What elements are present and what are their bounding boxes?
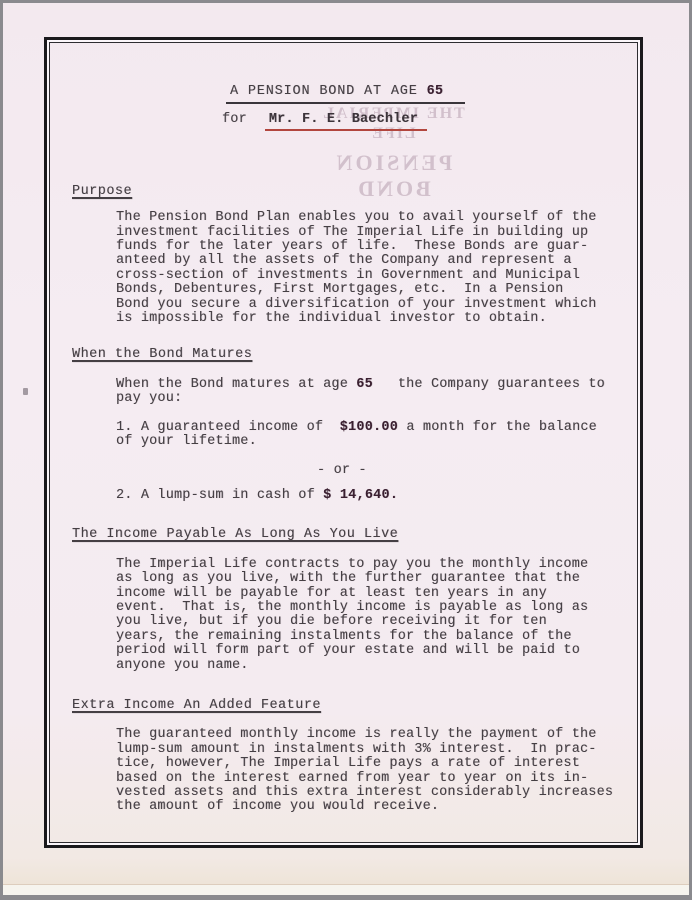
matures-intro-pre: When the Bond matures at age [116, 377, 356, 392]
decorative-frame-inner-rule: A PENSION BOND AT AGE 65 forMr. F. E. Ba… [49, 42, 638, 843]
scanned-document: THE IMPERIAL LIFE PENSION BOND A PENSION… [0, 0, 692, 900]
option-2-pre: 2. A lump-sum in cash of [116, 488, 323, 503]
section-heading-extra-income: Extra Income An Added Feature [72, 699, 637, 713]
paper-bottom-edge [3, 884, 689, 895]
section-heading-purpose: Purpose [72, 185, 637, 199]
document-page: THE IMPERIAL LIFE PENSION BOND A PENSION… [3, 3, 689, 884]
or-separator: - or - [317, 464, 637, 478]
option-1-paragraph: 1. A guaranteed income of $100.00 a mont… [116, 421, 621, 450]
extra-income-paragraph: The guaranteed monthly income is really … [116, 728, 621, 814]
title-text: A PENSION BOND AT AGE [230, 84, 427, 99]
scan-artifact [23, 388, 28, 395]
maturity-age-value: 65 [356, 377, 373, 392]
income-payable-paragraph: The Imperial Life contracts to pay you t… [116, 558, 621, 673]
title-age-value: 65 [427, 84, 444, 99]
document-title: A PENSION BOND AT AGE 65 [226, 85, 465, 104]
section-heading-matures: When the Bond Matures [72, 348, 637, 362]
decorative-frame: A PENSION BOND AT AGE 65 forMr. F. E. Ba… [44, 37, 643, 848]
for-label: for [222, 112, 247, 127]
purpose-paragraph: The Pension Bond Plan enables you to ava… [116, 211, 621, 326]
document-subtitle-row: forMr. F. E. Baechler [222, 113, 637, 130]
option-1-pre: 1. A guaranteed income of [116, 420, 340, 435]
document-title-row: A PENSION BOND AT AGE 65 [226, 85, 637, 104]
section-heading-income-payable: The Income Payable As Long As You Live [72, 528, 637, 542]
option-2-paragraph: 2. A lump-sum in cash of $ 14,640. [116, 489, 621, 503]
monthly-income-value: $100.00 [340, 420, 398, 435]
matures-intro-paragraph: When the Bond matures at age 65 the Comp… [116, 378, 621, 407]
recipient-name: Mr. F. E. Baechler [265, 113, 427, 130]
lump-sum-value: $ 14,640. [323, 488, 398, 503]
document-content: A PENSION BOND AT AGE 65 forMr. F. E. Ba… [50, 43, 637, 842]
